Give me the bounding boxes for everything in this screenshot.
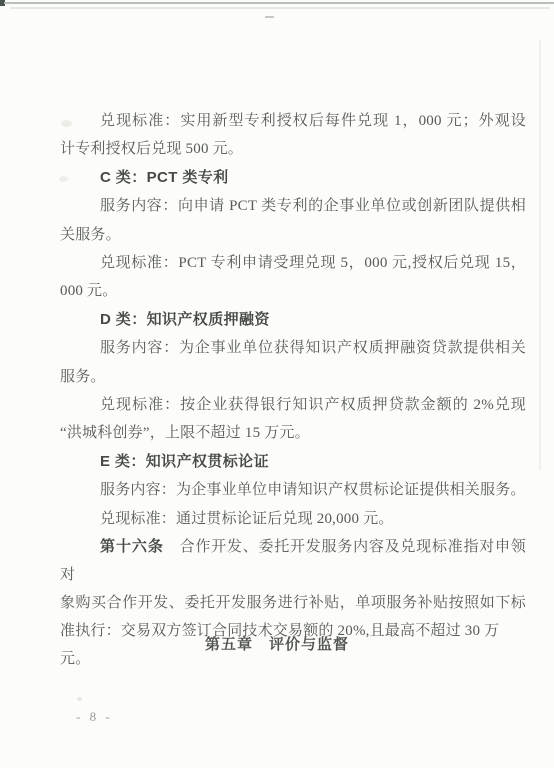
text-line: 服务内容：为企事业单位申请知识产权贯标论证提供相关服务。 — [60, 476, 526, 504]
text-run: 服务内容：向申请 PCT 类专利的企事业单位或创新团队提供相 — [100, 198, 526, 214]
bold-run: E 类：知识产权贯标论证 — [100, 453, 269, 470]
text-line: 象购买合作开发、委托开发服务进行补贴，单项服务补贴按照如下标 — [60, 589, 526, 617]
text-line: 计专利授权后兑现 500 元。 — [60, 135, 526, 163]
section-heading-line: C 类：PCT 类专利 — [60, 164, 526, 192]
text-line: 兑现标准：实用新型专利授权后每件兑现 1，000 元；外观设 — [60, 107, 526, 135]
text-run: 兑现标准：通过贯标论证后兑现 20,000 元。 — [100, 511, 394, 527]
section-heading-line: E 类：知识产权贯标论证 — [60, 448, 526, 476]
text-run: 兑现标准：PCT 专利申请受理兑现 5，000 元,授权后兑现 15， — [100, 255, 526, 271]
text-line: 服务。 — [60, 363, 526, 391]
scan-edge-artifact — [4, 2, 554, 4]
text-run: 服务内容：为企事业单位获得知识产权质押融资贷款提供相关 — [100, 340, 526, 356]
article-line: 第十六条 合作开发、委托开发服务内容及兑现标准指对申领对 — [60, 533, 526, 589]
text-line: 000 元。 — [60, 277, 526, 305]
bold-run: C 类：PCT 类专利 — [100, 169, 229, 186]
text-run: “洪城科创券”，上限不超过 15 万元。 — [60, 425, 310, 441]
text-line: “洪城科创券”，上限不超过 15 万元。 — [60, 419, 526, 447]
scan-speck — [77, 697, 82, 701]
text-line: 服务内容：为企事业单位获得知识产权质押融资贷款提供相关 — [60, 334, 526, 362]
text-run: 服务内容：为企事业单位申请知识产权贯标论证提供相关服务。 — [100, 482, 526, 498]
section-heading-line: D 类：知识产权质押融资 — [60, 306, 526, 334]
bold-run: D 类：知识产权质押融资 — [100, 311, 270, 328]
scan-edge-artifact — [10, 7, 550, 9]
text-line: 服务内容：向申请 PCT 类专利的企事业单位或创新团队提供相 — [60, 192, 526, 220]
chapter-heading: 第五章 评价与监督 — [0, 631, 554, 658]
text-run: 服务。 — [60, 369, 106, 385]
text-line: 兑现标准：按企业获得银行知识产权质押贷款金额的 2%兑现 — [60, 391, 526, 419]
text-line: 兑现标准：PCT 专利申请受理兑现 5，000 元,授权后兑现 15， — [60, 249, 526, 277]
text-line: 关服务。 — [60, 221, 526, 249]
text-line: 兑现标准：通过贯标论证后兑现 20,000 元。 — [60, 505, 526, 533]
scan-edge-artifact — [539, 40, 541, 470]
page-number: - 8 - — [76, 709, 113, 725]
text-run: 兑现标准：实用新型专利授权后每件兑现 1，000 元；外观设 — [100, 113, 526, 129]
text-run: 兑现标准：按企业获得银行知识产权质押贷款金额的 2%兑现 — [100, 397, 526, 413]
text-run: 000 元。 — [60, 283, 117, 299]
text-run: 计专利授权后兑现 500 元。 — [60, 141, 243, 157]
document-body: 兑现标准：实用新型专利授权后每件兑现 1，000 元；外观设 计专利授权后兑现 … — [60, 107, 526, 673]
scanned-document-page: 兑现标准：实用新型专利授权后每件兑现 1，000 元；外观设 计专利授权后兑现 … — [0, 0, 554, 768]
text-run: 象购买合作开发、委托开发服务进行补贴，单项服务补贴按照如下标 — [60, 595, 526, 611]
scan-speck — [265, 16, 274, 18]
article-number: 第十六条 — [100, 538, 164, 555]
text-run: 关服务。 — [60, 227, 121, 243]
